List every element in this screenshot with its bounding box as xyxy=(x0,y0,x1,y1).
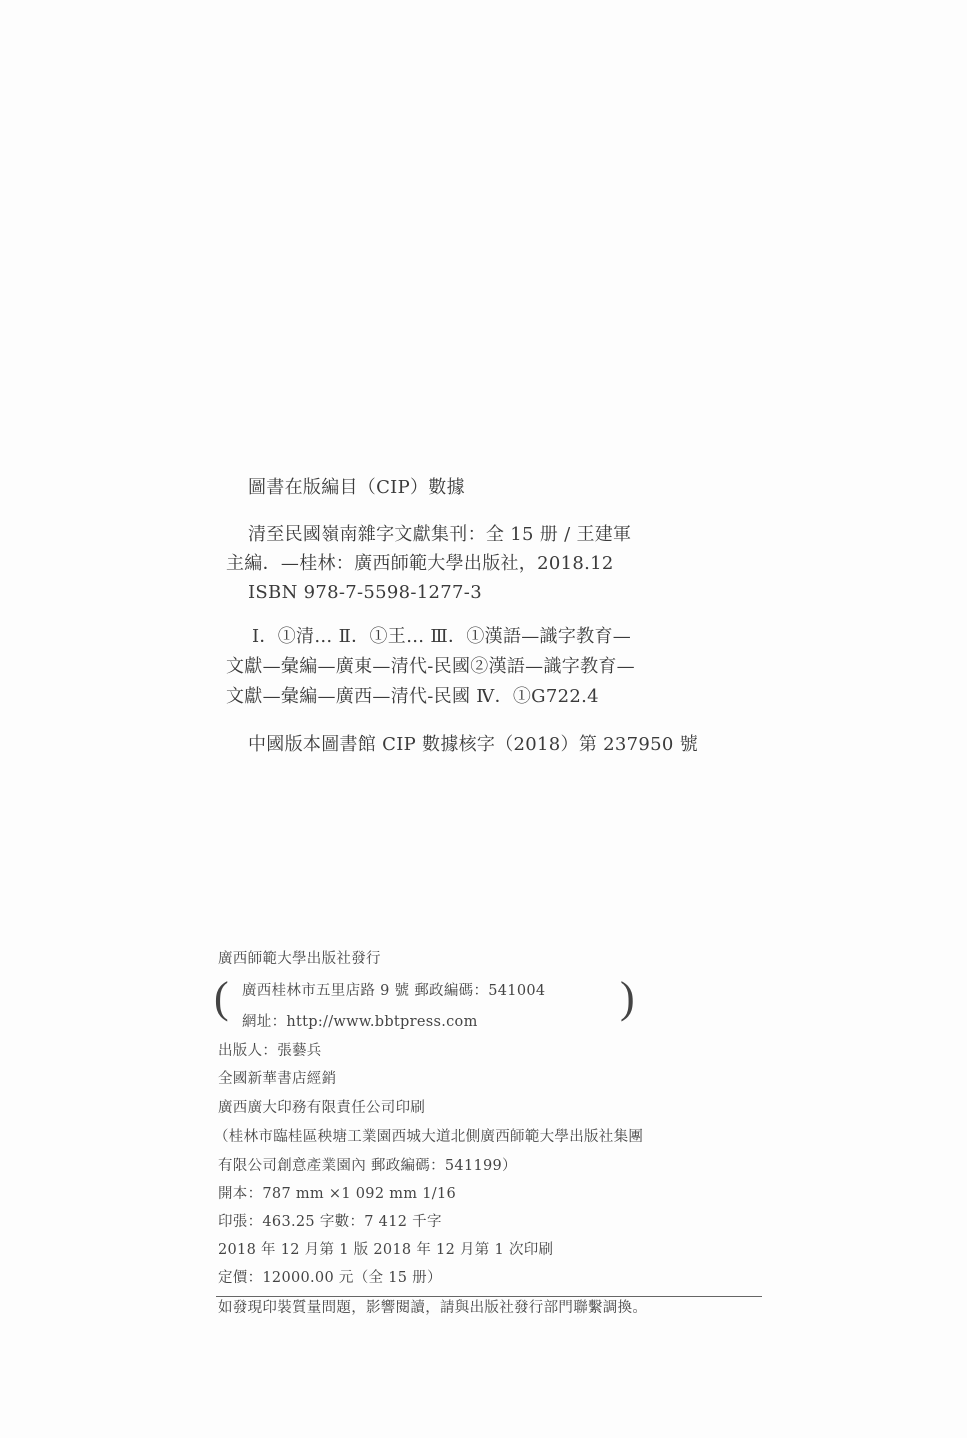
quality-notice: 如發現印裝質量問題，影響閱讀，請與出版社發行部門聯繫調換。 xyxy=(218,1301,647,1316)
publisher-address: 廣西桂林市五里店路 9 號 郵政編碼：541004 xyxy=(242,984,545,999)
cip-title-line-2: 主編．—桂林：廣西師範大學出版社，2018.12 xyxy=(226,555,614,573)
cip-subject-line-1: Ⅰ．①清… Ⅱ．①王… Ⅲ．①漢語—識字教育— xyxy=(252,628,631,646)
book-format: 開本：787 mm ×1 092 mm 1/16 xyxy=(218,1187,456,1202)
cip-isbn: ISBN 978-7-5598-1277-3 xyxy=(248,584,482,602)
publisher-website: 網址：http://www.bbtpress.com xyxy=(242,1015,478,1030)
cip-title-line-1: 清至民國嶺南雜字文獻集刊：全 15 册 / 王建軍 xyxy=(248,526,631,544)
edition-info: 2018 年 12 月第 1 版 2018 年 12 月第 1 次印刷 xyxy=(218,1243,553,1258)
divider-line xyxy=(216,1296,762,1297)
publisher-issue: 廣西師範大學出版社發行 xyxy=(218,952,381,967)
printer-address-line-1: （桂林市臨桂區秧塘工業園西城大道北側廣西師範大學出版社集團 xyxy=(214,1130,643,1145)
cip-heading: 圖書在版編目（CIP）數據 xyxy=(248,479,465,497)
right-parenthesis: ) xyxy=(620,976,635,1020)
cip-subject-line-2: 文獻—彙編—廣東—清代-民國②漢語—識字教育— xyxy=(226,658,635,676)
sheets-and-word-count: 印張：463.25 字數：7 412 千字 xyxy=(218,1215,442,1230)
price: 定價：12000.00 元（全 15 册） xyxy=(218,1271,442,1286)
cip-subject-line-3: 文獻—彙編—廣西—清代-民國 Ⅳ．①G722.4 xyxy=(226,688,599,706)
cip-record-number: 中國版本圖書館 CIP 數據核字（2018）第 237950 號 xyxy=(248,736,698,754)
publisher-person: 出版人：張藝兵 xyxy=(218,1044,322,1059)
distributor: 全國新華書店經銷 xyxy=(218,1072,336,1087)
printer: 廣西廣大印務有限責任公司印刷 xyxy=(218,1101,425,1116)
left-parenthesis: ( xyxy=(214,976,229,1020)
printer-address-line-2: 有限公司創意產業園內 郵政編碼：541199） xyxy=(218,1159,517,1174)
